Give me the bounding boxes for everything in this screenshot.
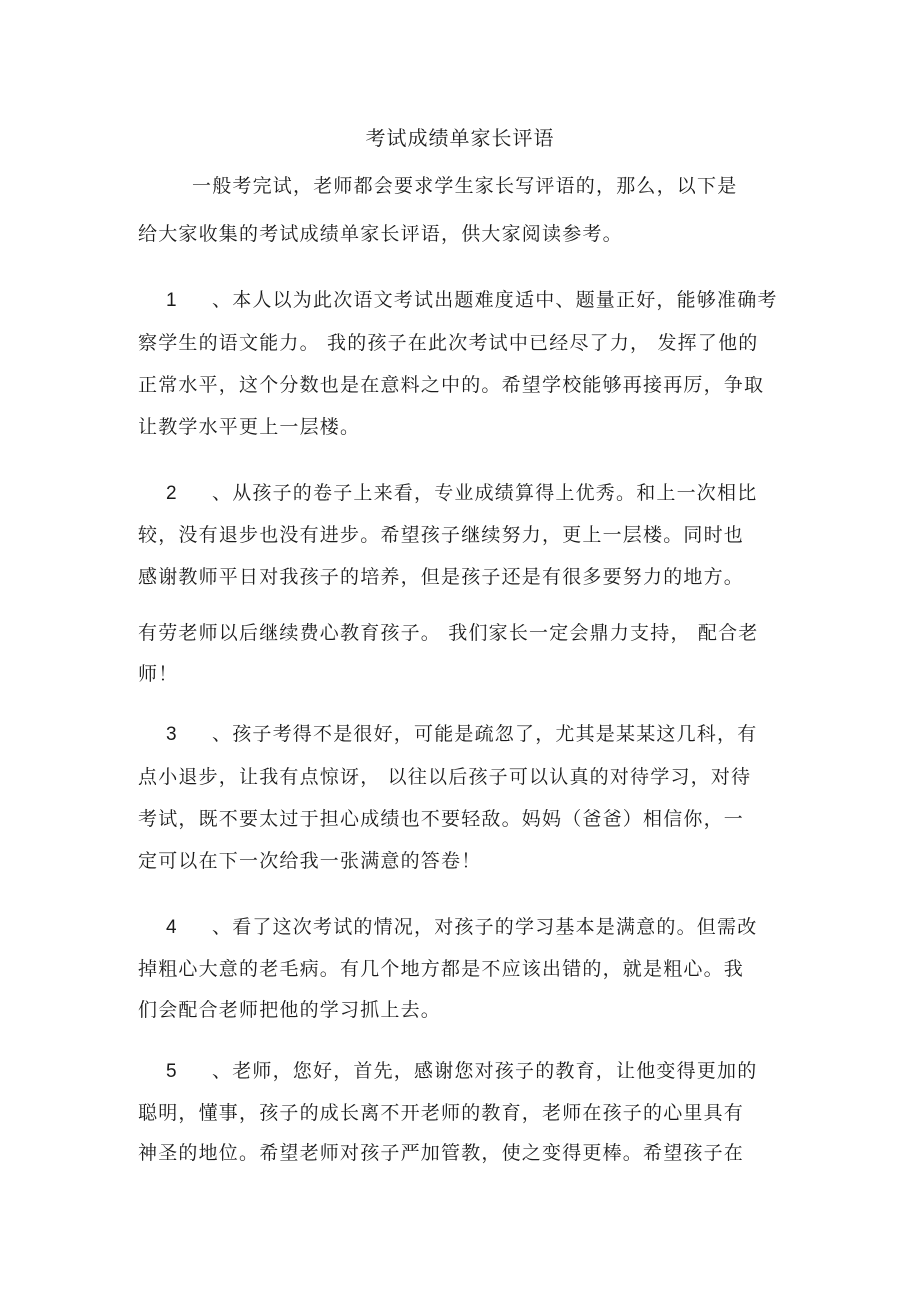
item-text: 、看了这次考试的情况，对孩子的学习基本是满意的。但需改 bbox=[212, 916, 757, 938]
comment-item-4-line: 掉粗心大意的老毛病。有几个地方都是不应该出错的，就是粗心。我 bbox=[138, 956, 744, 982]
comment-item-1-line: 察学生的语文能力。 我的孩子在此次考试中已经尽了力， 发挥了他的 bbox=[138, 330, 758, 356]
comment-item-2-line: 较，没有退步也没有进步。希望孩子继续努力，更上一层楼。同时也 bbox=[138, 522, 744, 548]
comment-item-3-line: 3、孩子考得不是很好，可能是疏忽了，尤其是某某这几科，有 bbox=[138, 721, 757, 748]
item-number: 3 bbox=[138, 722, 212, 748]
item-text: 、本人以为此次语文考试出题难度适中、题量正好，能够准确考 bbox=[212, 289, 778, 311]
item-text: 、孩子考得不是很好，可能是疏忽了，尤其是某某这几科，有 bbox=[212, 723, 757, 745]
item-number: 5 bbox=[138, 1059, 212, 1085]
comment-item-3-line: 点小退步，让我有点惊讶， 以往以后孩子可以认真的对待学习，对待 bbox=[138, 764, 751, 790]
comment-item-1-line: 正常水平，这个分数也是在意料之中的。希望学校能够再接再厉，争取 bbox=[138, 372, 764, 398]
document-title: 考试成绩单家长评语 bbox=[0, 124, 920, 152]
comment-item-4-line: 们会配合老师把他的学习抓上去。 bbox=[138, 997, 441, 1023]
comment-item-3-line: 考试，既不要太过于担心成绩也不要轻敌。妈妈（爸爸）相信你，一 bbox=[138, 806, 744, 832]
comment-item-2-line: 师！ bbox=[138, 661, 178, 687]
item-number: 2 bbox=[138, 481, 212, 507]
document-page: 考试成绩单家长评语 一般考完试，老师都会要求学生家长写评语的，那么，以下是 给大… bbox=[0, 0, 920, 1303]
comment-item-5-line: 神圣的地位。希望老师对孩子严加管教，使之变得更棒。希望孩子在 bbox=[138, 1140, 744, 1166]
comment-item-1-line: 1、本人以为此次语文考试出题难度适中、题量正好，能够准确考 bbox=[138, 287, 778, 314]
comment-item-2-line: 2、从孩子的卷子上来看，专业成绩算得上优秀。和上一次相比 bbox=[138, 480, 757, 507]
comment-item-1-line: 让教学水平更上一层楼。 bbox=[138, 414, 360, 440]
comment-item-3-line: 定可以在下一次给我一张满意的答卷！ bbox=[138, 848, 481, 874]
comment-item-5-line: 5、老师，您好，首先，感谢您对孩子的教育，让他变得更加的 bbox=[138, 1058, 757, 1085]
intro-line: 给大家收集的考试成绩单家长评语，供大家阅读参考。 bbox=[138, 221, 623, 247]
comment-item-4-line: 4、看了这次考试的情况，对孩子的学习基本是满意的。但需改 bbox=[138, 914, 757, 941]
item-text: 、从孩子的卷子上来看，专业成绩算得上优秀。和上一次相比 bbox=[212, 482, 757, 504]
comment-item-2-line: 有劳老师以后继续费心教育孩子。 我们家长一定会鼎力支持， 配合老 bbox=[138, 620, 758, 646]
comment-item-5-line: 聪明，懂事，孩子的成长离不开老师的教育，老师在孩子的心里具有 bbox=[138, 1100, 744, 1126]
item-number: 1 bbox=[138, 288, 212, 314]
item-text: 、老师，您好，首先，感谢您对孩子的教育，让他变得更加的 bbox=[212, 1060, 757, 1082]
intro-line: 一般考完试，老师都会要求学生家长写评语的，那么，以下是 bbox=[192, 173, 737, 199]
comment-item-2-line: 感谢教师平日对我孩子的培养，但是孩子还是有很多要努力的地方。 bbox=[138, 564, 744, 590]
item-number: 4 bbox=[138, 915, 212, 941]
